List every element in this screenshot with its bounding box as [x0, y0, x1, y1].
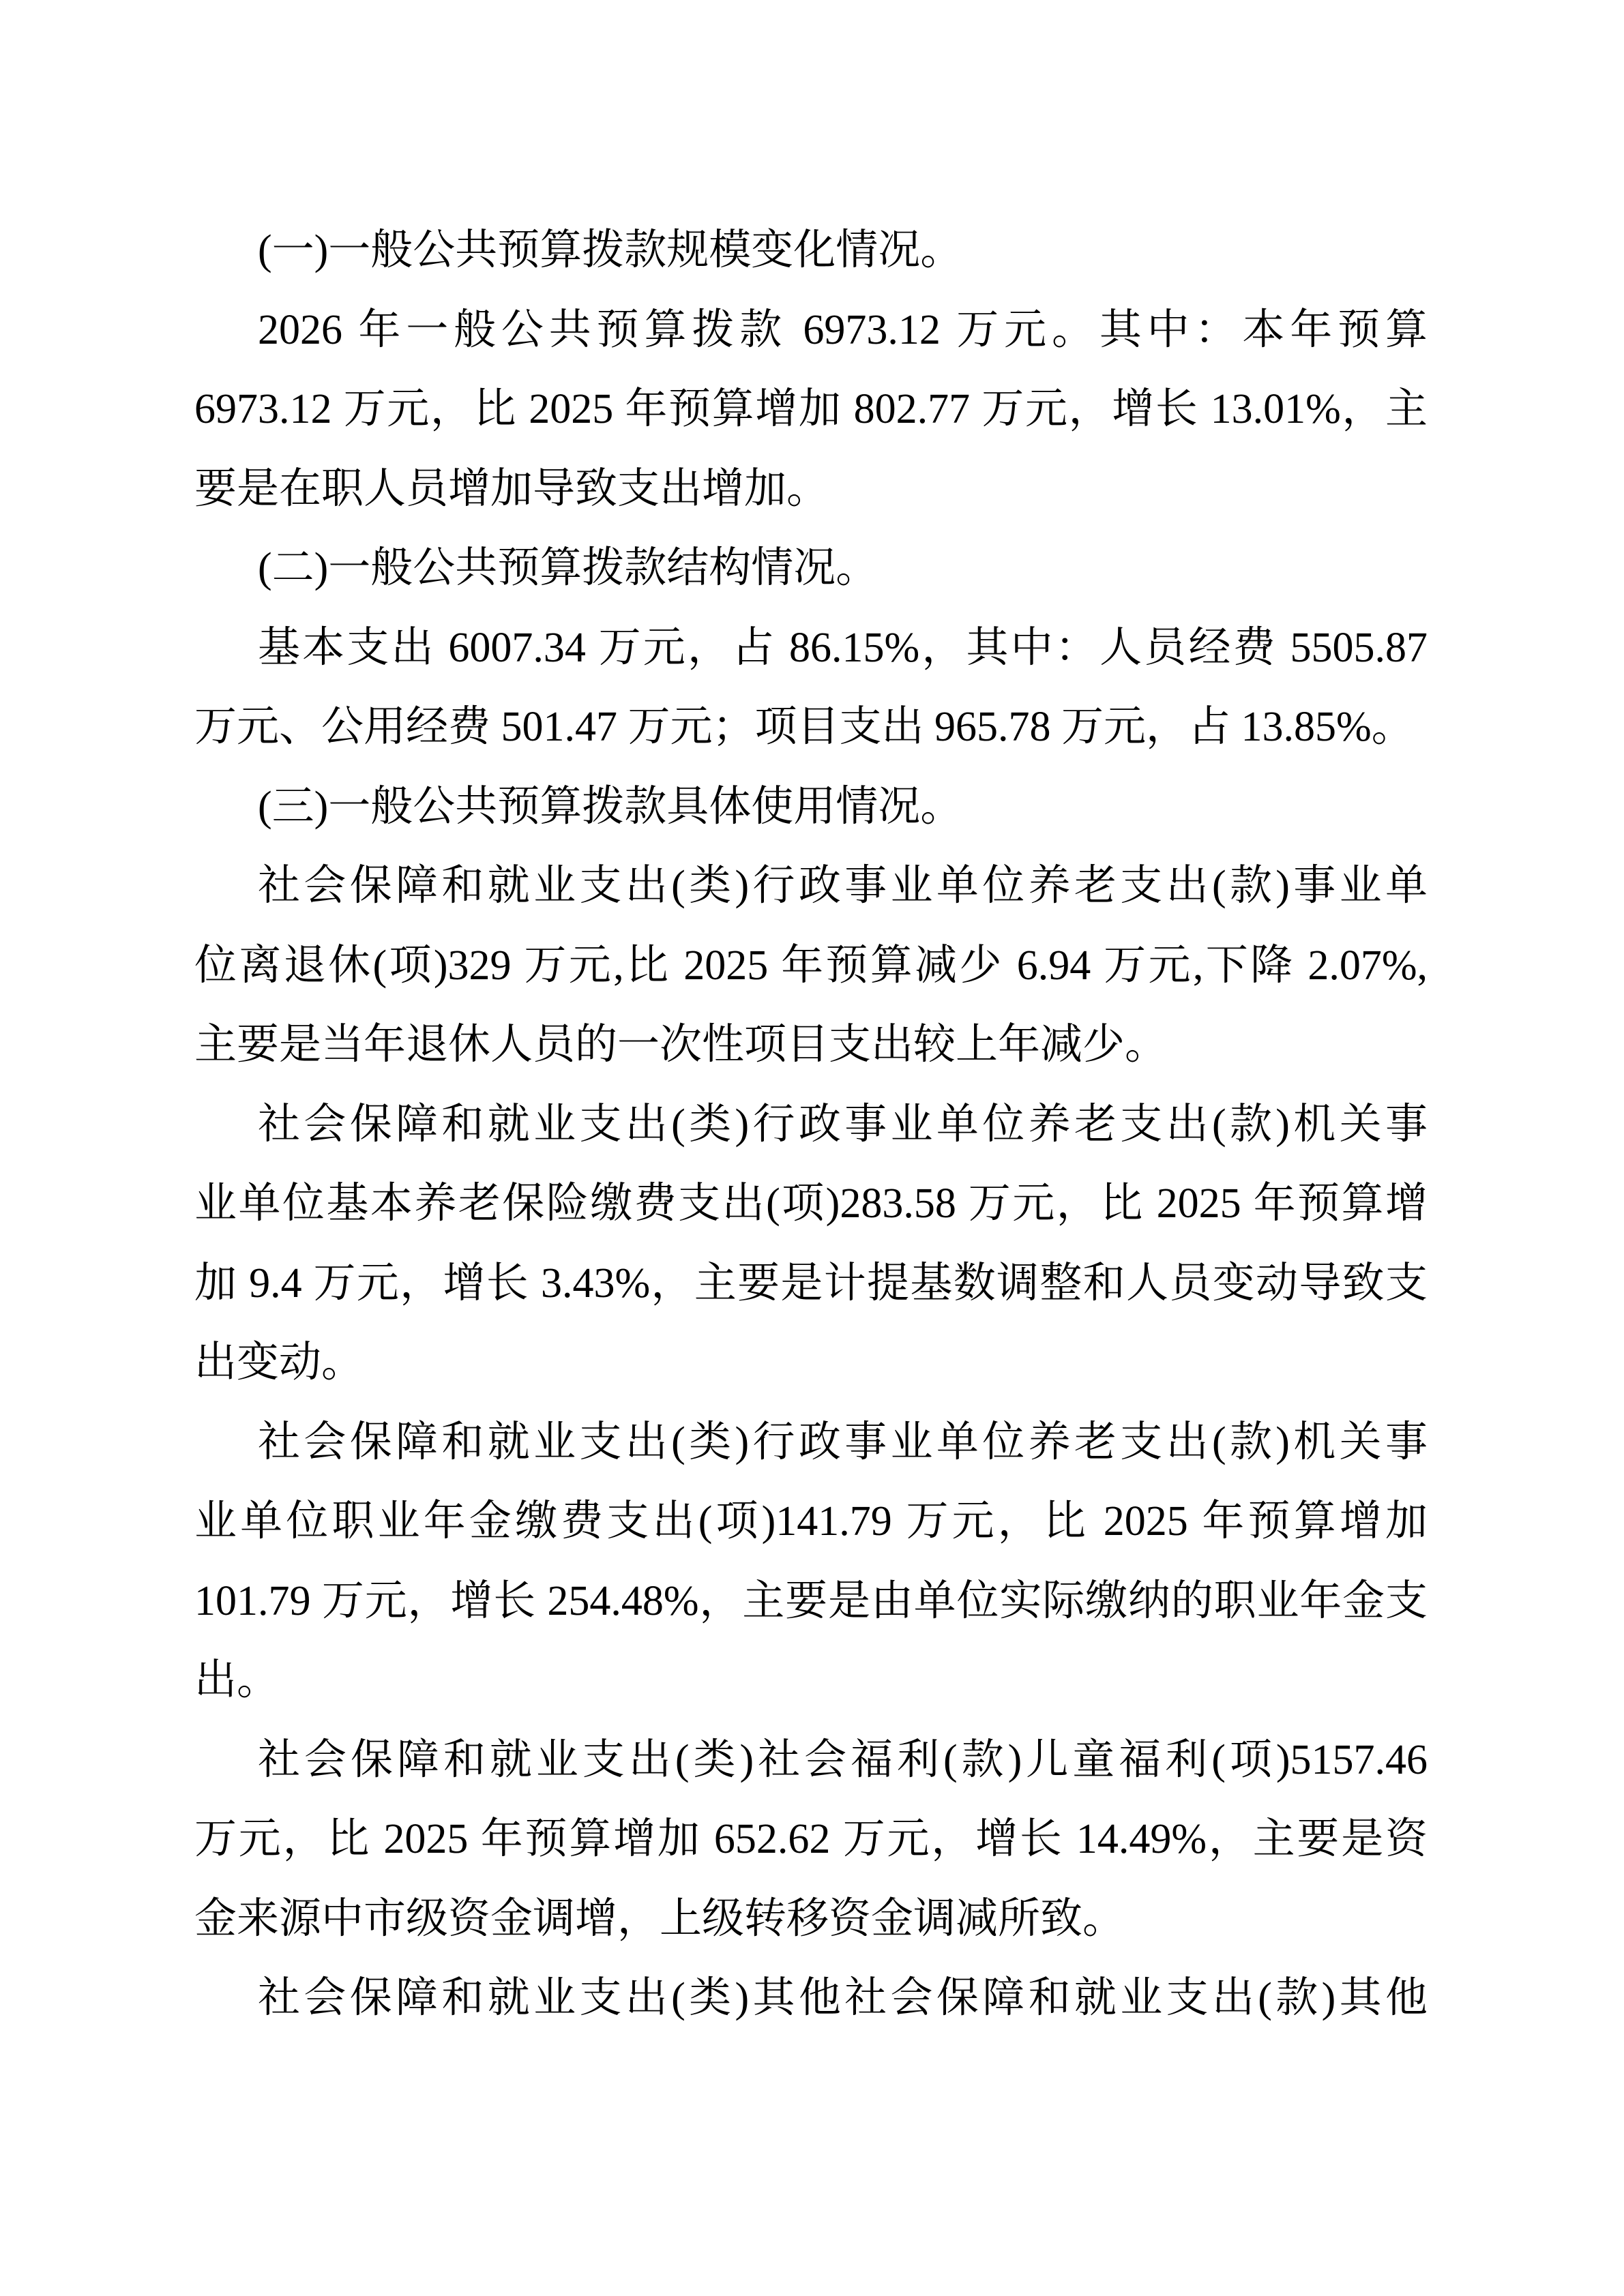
section-heading-1: (一)一般公共预算拨款规模变化情况。: [194, 211, 1428, 290]
document-page: (一)一般公共预算拨款规模变化情况。 2026 年一般公共预算拨款 6973.1…: [0, 0, 1624, 2296]
text-line: 社会保障和就业支出(类)社会福利(款)儿童福利(项)5157.46: [194, 1720, 1428, 1800]
text-line: 金来源中市级资金调增，上级转移资金调减所致。: [194, 1879, 1428, 1959]
text-line: (一)一般公共预算拨款规模变化情况。: [194, 211, 1428, 290]
body-paragraph-child-welfare: 社会保障和就业支出(类)社会福利(款)儿童福利(项)5157.46 万元，比 2…: [194, 1720, 1428, 1959]
section-heading-3: (三)一般公共预算拨款具体使用情况。: [194, 767, 1428, 847]
body-paragraph-pension-insurance: 社会保障和就业支出(类)行政事业单位养老支出(款)机关事 业单位基本养老保险缴费…: [194, 1085, 1428, 1403]
text-line: 社会保障和就业支出(类)行政事业单位养老支出(款)事业单: [194, 846, 1428, 926]
text-line: 万元，比 2025 年预算增加 652.62 万元，增长 14.49%，主要是资: [194, 1800, 1428, 1879]
body-paragraph-annuity: 社会保障和就业支出(类)行政事业单位养老支出(款)机关事 业单位职业年金缴费支出…: [194, 1403, 1428, 1720]
text-line: 6973.12 万元，比 2025 年预算增加 802.77 万元，增长 13.…: [194, 370, 1428, 449]
text-line: 社会保障和就业支出(类)行政事业单位养老支出(款)机关事: [194, 1085, 1428, 1165]
body-paragraph-other-social-security: 社会保障和就业支出(类)其他社会保障和就业支出(款)其他: [194, 1958, 1428, 2038]
text-line: 出变动。: [194, 1323, 1428, 1403]
text-line: 基本支出 6007.34 万元，占 86.15%，其中：人员经费 5505.87: [194, 608, 1428, 688]
body-paragraph-structure: 基本支出 6007.34 万元，占 86.15%，其中：人员经费 5505.87…: [194, 608, 1428, 767]
text-line: 101.79 万元，增长 254.48%，主要是由单位实际缴纳的职业年金支: [194, 1562, 1428, 1641]
body-paragraph-retirement: 社会保障和就业支出(类)行政事业单位养老支出(款)事业单 位离退休(项)329 …: [194, 846, 1428, 1085]
text-line: (二)一般公共预算拨款结构情况。: [194, 528, 1428, 608]
text-line: (三)一般公共预算拨款具体使用情况。: [194, 767, 1428, 847]
text-block: (一)一般公共预算拨款规模变化情况。 2026 年一般公共预算拨款 6973.1…: [194, 211, 1428, 2038]
text-line: 社会保障和就业支出(类)其他社会保障和就业支出(款)其他: [194, 1958, 1428, 2038]
section-heading-2: (二)一般公共预算拨款结构情况。: [194, 528, 1428, 608]
text-line: 2026 年一般公共预算拨款 6973.12 万元。其中：本年预算: [194, 290, 1428, 370]
text-line: 位离退休(项)329 万元,比 2025 年预算减少 6.94 万元,下降 2.…: [194, 926, 1428, 1006]
text-line: 要是在职人员增加导致支出增加。: [194, 449, 1428, 529]
text-line: 出。: [194, 1641, 1428, 1720]
body-paragraph-scale-change: 2026 年一般公共预算拨款 6973.12 万元。其中：本年预算 6973.1…: [194, 290, 1428, 529]
text-line: 业单位职业年金缴费支出(项)141.79 万元，比 2025 年预算增加: [194, 1482, 1428, 1562]
text-line: 万元、公用经费 501.47 万元；项目支出 965.78 万元，占 13.85…: [194, 687, 1428, 767]
text-line: 加 9.4 万元，增长 3.43%，主要是计提基数调整和人员变动导致支: [194, 1244, 1428, 1324]
text-line: 业单位基本养老保险缴费支出(项)283.58 万元，比 2025 年预算增: [194, 1164, 1428, 1244]
text-line: 主要是当年退休人员的一次性项目支出较上年减少。: [194, 1005, 1428, 1085]
text-line: 社会保障和就业支出(类)行政事业单位养老支出(款)机关事: [194, 1403, 1428, 1482]
